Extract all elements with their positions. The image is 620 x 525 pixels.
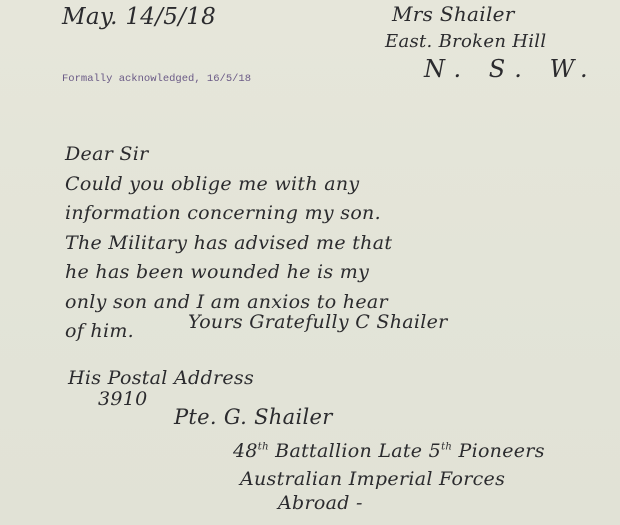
acknowledgement-stamp: Formally acknowledged, 16/5/18 (62, 73, 251, 85)
unit-late-suffix: th (441, 442, 452, 453)
sender-name: Mrs Shailer (392, 2, 515, 26)
letter-page: May. 14/5/18 Formally acknowledged, 16/5… (0, 0, 620, 525)
location-line: Abroad - (278, 492, 363, 514)
unit-line: 48th Battallion Late 5th Pioneers (233, 440, 545, 462)
unit-suffix: th (258, 442, 269, 453)
sender-state: N. S. W. (424, 55, 598, 83)
sender-address: East. Broken Hill (385, 31, 546, 52)
postal-address-label: His Postal Address (68, 367, 254, 389)
unit-rest: Battallion Late 5 (269, 440, 441, 462)
body-line: he has been wounded he is my (65, 258, 392, 288)
letter-date: May. 14/5/18 (62, 4, 216, 30)
unit-number: 48 (233, 440, 258, 462)
regimental-number: 3910 (98, 388, 148, 410)
body-line: information concerning my son. (65, 199, 392, 229)
body-line: The Military has advised me that (65, 229, 392, 259)
soldier-name: Pte. G. Shailer (174, 405, 333, 429)
unit-end: Pioneers (452, 440, 545, 462)
salutation: Dear Sir (65, 140, 392, 170)
force-line: Australian Imperial Forces (240, 468, 505, 490)
body-line: Could you oblige me with any (65, 170, 392, 200)
closing-signature: Yours Gratefully C Shailer (188, 311, 448, 333)
